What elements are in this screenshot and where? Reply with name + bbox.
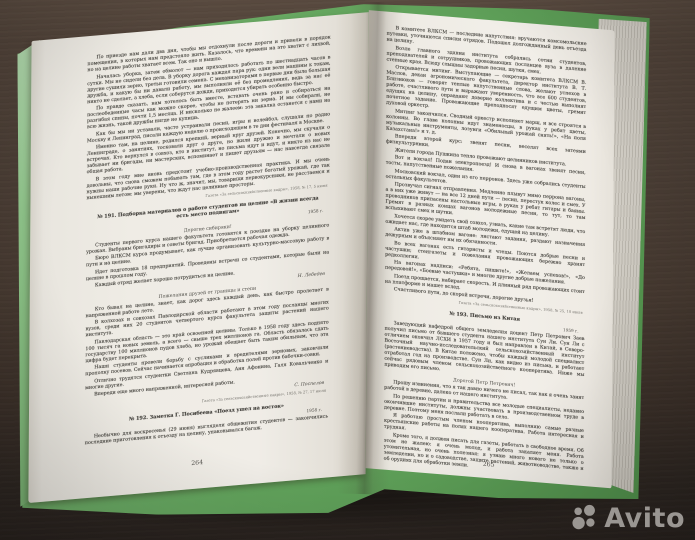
right-page-text-block: В комитете ВЛКСМ — последние напутствия:… <box>366 10 615 488</box>
left-page: По приезде нам дали два дня, чтобы мы от… <box>28 12 368 503</box>
photo-scene: По приезде нам дали два дня, чтобы мы от… <box>0 0 695 540</box>
book: По приезде нам дали два дня, чтобы мы от… <box>0 0 695 540</box>
watermark-brand: Avito <box>604 503 685 534</box>
right-page: В комитете ВЛКСМ — последние напутствия:… <box>366 10 615 488</box>
avito-watermark: Avito <box>570 503 685 534</box>
left-page-text-block: По приезде нам дали два дня, чтобы мы от… <box>28 12 368 503</box>
avito-logo-icon <box>570 504 599 533</box>
